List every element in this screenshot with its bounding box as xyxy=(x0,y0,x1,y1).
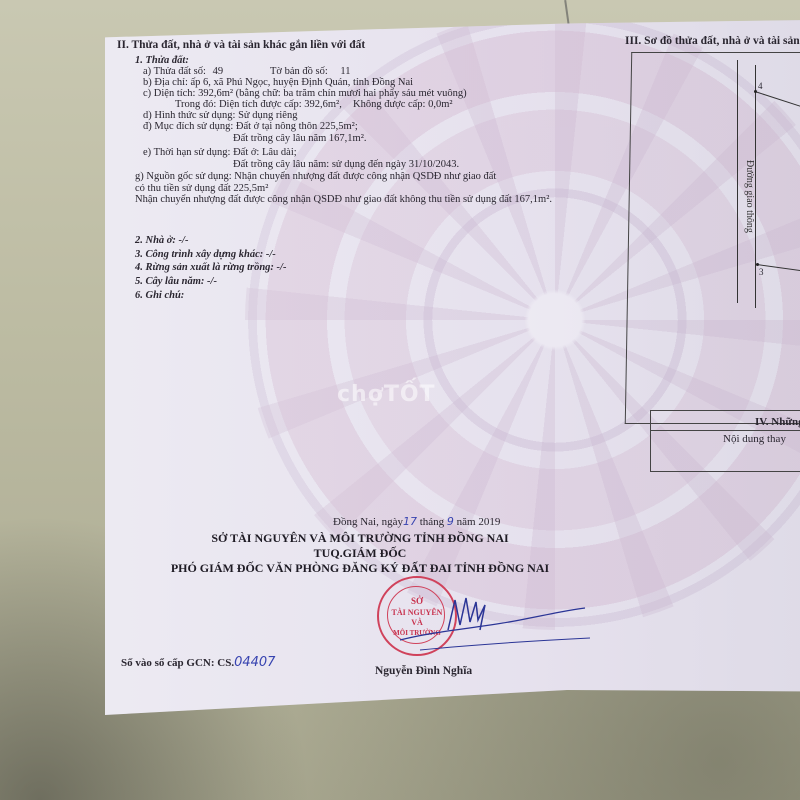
term-line-1: e) Thời hạn sử dụng: Đất ở: Lâu dài; xyxy=(143,148,297,159)
item-other-construction: 3. Công trình xây dựng khác: -/- xyxy=(135,250,276,261)
area: c) Diện tích: 392,6m² (bằng chữ: ba trăm… xyxy=(143,89,467,100)
land-certificate-page: II. Thửa đất, nhà ở và tài sản khác gắn … xyxy=(105,20,800,715)
map-sheet-row: Tờ bản đồ số: 11 xyxy=(270,67,351,78)
section-4-header-divider xyxy=(650,430,800,431)
road-edge-left xyxy=(737,60,738,303)
parcel-number: 49 xyxy=(213,66,224,77)
month-handwritten: 9 xyxy=(447,515,454,528)
point-4-label: 4 xyxy=(758,82,763,91)
point-3-label: 3 xyxy=(759,268,764,277)
road-edge-right xyxy=(755,65,756,308)
item-house: 2. Nhà ở: -/- xyxy=(135,236,188,247)
origin-line-2: có thu tiền sử dụng đất 225,5m² xyxy=(135,184,268,195)
authorization: TUQ.GIÁM ĐỐC xyxy=(105,546,710,561)
day-handwritten: 17 xyxy=(403,515,417,528)
item-planted-forest: 4. Rừng sản xuất là rừng trồng: -/- xyxy=(135,263,286,274)
map-sheet-number: 11 xyxy=(340,66,350,77)
section-4-column: Nội dung thay xyxy=(723,434,786,445)
origin-line-3: Nhận chuyển nhượng đất được công nhận QS… xyxy=(135,195,552,206)
month-label: tháng xyxy=(420,516,444,528)
term-line-2: Đất trồng cây lâu năm: sử dụng đến ngày … xyxy=(233,160,459,171)
signer-name: Nguyễn Đình Nghĩa xyxy=(375,666,472,678)
point-4-marker xyxy=(754,90,757,93)
year-label: năm 2019 xyxy=(457,516,501,528)
road-label: Đường giao thông xyxy=(744,160,755,233)
section-3-title: III. Sơ đồ thửa đất, nhà ở và tài sản xyxy=(625,36,800,48)
granted-area: Trong đó: Diện tích được cấp: 392,6m², xyxy=(175,100,342,111)
point-3-marker xyxy=(756,263,759,266)
issuing-org: SỞ TÀI NGUYÊN VÀ MÔI TRƯỜNG TỈNH ĐỒNG NA… xyxy=(105,531,710,546)
chotot-watermark: chợTỐT xyxy=(337,382,436,407)
map-sheet-label: Tờ bản đồ số: xyxy=(270,66,328,77)
usage-form: d) Hình thức sử dụng: Sử dụng riêng xyxy=(143,111,297,122)
registry-number: 04407 xyxy=(234,655,275,670)
purpose-line-2: Đất trồng cây lâu năm 167,1m². xyxy=(233,134,367,145)
section-4-title: IV. Những xyxy=(755,417,800,428)
section-2-title: II. Thửa đất, nhà ở và tài sản khác gắn … xyxy=(117,40,365,52)
registry-label: Số vào sổ cấp GCN: CS. xyxy=(121,657,234,669)
land-heading: 1. Thửa đất: xyxy=(135,56,189,67)
item-notes: 6. Ghi chú: xyxy=(135,291,184,302)
not-granted-area: Không được cấp: 0,0m² xyxy=(353,100,453,111)
parcel-number-row: a) Thửa đất số: 49 xyxy=(143,67,223,78)
registry-number-row: Số vào sổ cấp GCN: CS.04407 xyxy=(121,656,275,669)
purpose-line-1: đ) Mục đích sử dụng: Đất ở tại nông thôn… xyxy=(143,122,358,133)
parcel-label: a) Thửa đất số: xyxy=(143,66,206,77)
address: b) Địa chỉ: ấp 6, xã Phú Ngọc, huyện Địn… xyxy=(143,78,413,89)
handwritten-signature xyxy=(360,580,590,660)
place-date: Đồng Nai, ngày17 tháng 9 năm 2019 xyxy=(333,516,500,528)
place-date-prefix: Đồng Nai, ngày xyxy=(333,516,403,528)
parcel-map-frame xyxy=(625,52,800,424)
origin-line-1: g) Nguồn gốc sử dụng: Nhận chuyển nhượng… xyxy=(135,172,496,183)
item-perennial-trees: 5. Cây lâu năm: -/- xyxy=(135,277,217,288)
signer-position: PHÓ GIÁM ĐỐC VĂN PHÒNG ĐĂNG KÝ ĐẤT ĐAI T… xyxy=(105,561,710,576)
